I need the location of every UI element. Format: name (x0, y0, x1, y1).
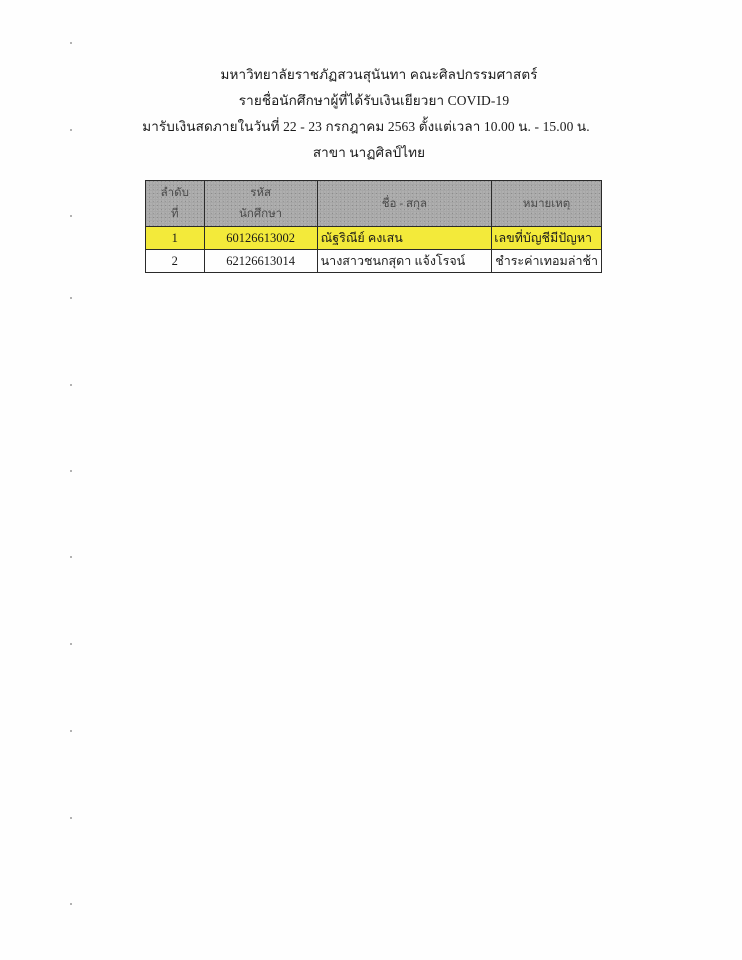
column-header-name: ชื่อ - สกุล (317, 181, 492, 227)
scanned-document-page: มหาวิทยาลัยราชภัฏสวนสุนันทา คณะศิลปกรรมศ… (0, 0, 742, 960)
row-student-name: ณัฐริณีย์ คงเสน (317, 227, 492, 250)
document-header: มหาวิทยาลัยราชภัฏสวนสุนันทา คณะศิลปกรรมศ… (0, 62, 742, 166)
row-note: เลขที่บัญชีมีปัญหา (492, 227, 602, 250)
table-header-row: ลำดับ ที่ รหัส นักศึกษา ชื่อ - สกุล หมาย… (146, 181, 602, 227)
column-header-order: ลำดับ ที่ (146, 181, 205, 227)
scan-mark (70, 384, 72, 386)
scan-mark (70, 817, 72, 819)
scan-mark (70, 470, 72, 472)
column-header-note: หมายเหตุ (492, 181, 602, 227)
scan-mark (70, 643, 72, 645)
scan-mark (70, 215, 72, 217)
university-faculty-title: มหาวิทยาลัยราชภัฏสวนสุนันทา คณะศิลปกรรมศ… (8, 62, 742, 88)
scan-mark (70, 556, 72, 558)
list-title: รายชื่อนักศึกษาผู้ที่ได้รับเงินเยียวยา C… (3, 88, 742, 114)
column-header-student-id: รหัส นักศึกษา (204, 181, 317, 227)
row-order: 1 (146, 227, 205, 250)
row-student-id: 60126613002 (204, 227, 317, 250)
scan-mark (70, 297, 72, 299)
pickup-schedule: มารับเงินสดภายในวันที่ 22 - 23 กรกฎาคม 2… (0, 114, 737, 140)
row-student-id: 62126613014 (204, 250, 317, 273)
student-list-table: ลำดับ ที่ รหัส นักศึกษา ชื่อ - สกุล หมาย… (145, 180, 602, 273)
scan-mark (70, 129, 72, 131)
row-note: ชำระค่าเทอมล่าช้า (492, 250, 602, 273)
scan-mark (70, 730, 72, 732)
scan-mark (70, 903, 72, 905)
scan-mark (70, 42, 72, 44)
table-row: 1 60126613002 ณัฐริณีย์ คงเสน เลขที่บัญช… (146, 227, 602, 250)
row-student-name: นางสาวชนกสุดา แจ้งโรจน์ (317, 250, 492, 273)
table-row: 2 62126613014 นางสาวชนกสุดา แจ้งโรจน์ ชำ… (146, 250, 602, 273)
department-name: สาขา นาฏศิลป์ไทย (0, 140, 740, 166)
row-order: 2 (146, 250, 205, 273)
